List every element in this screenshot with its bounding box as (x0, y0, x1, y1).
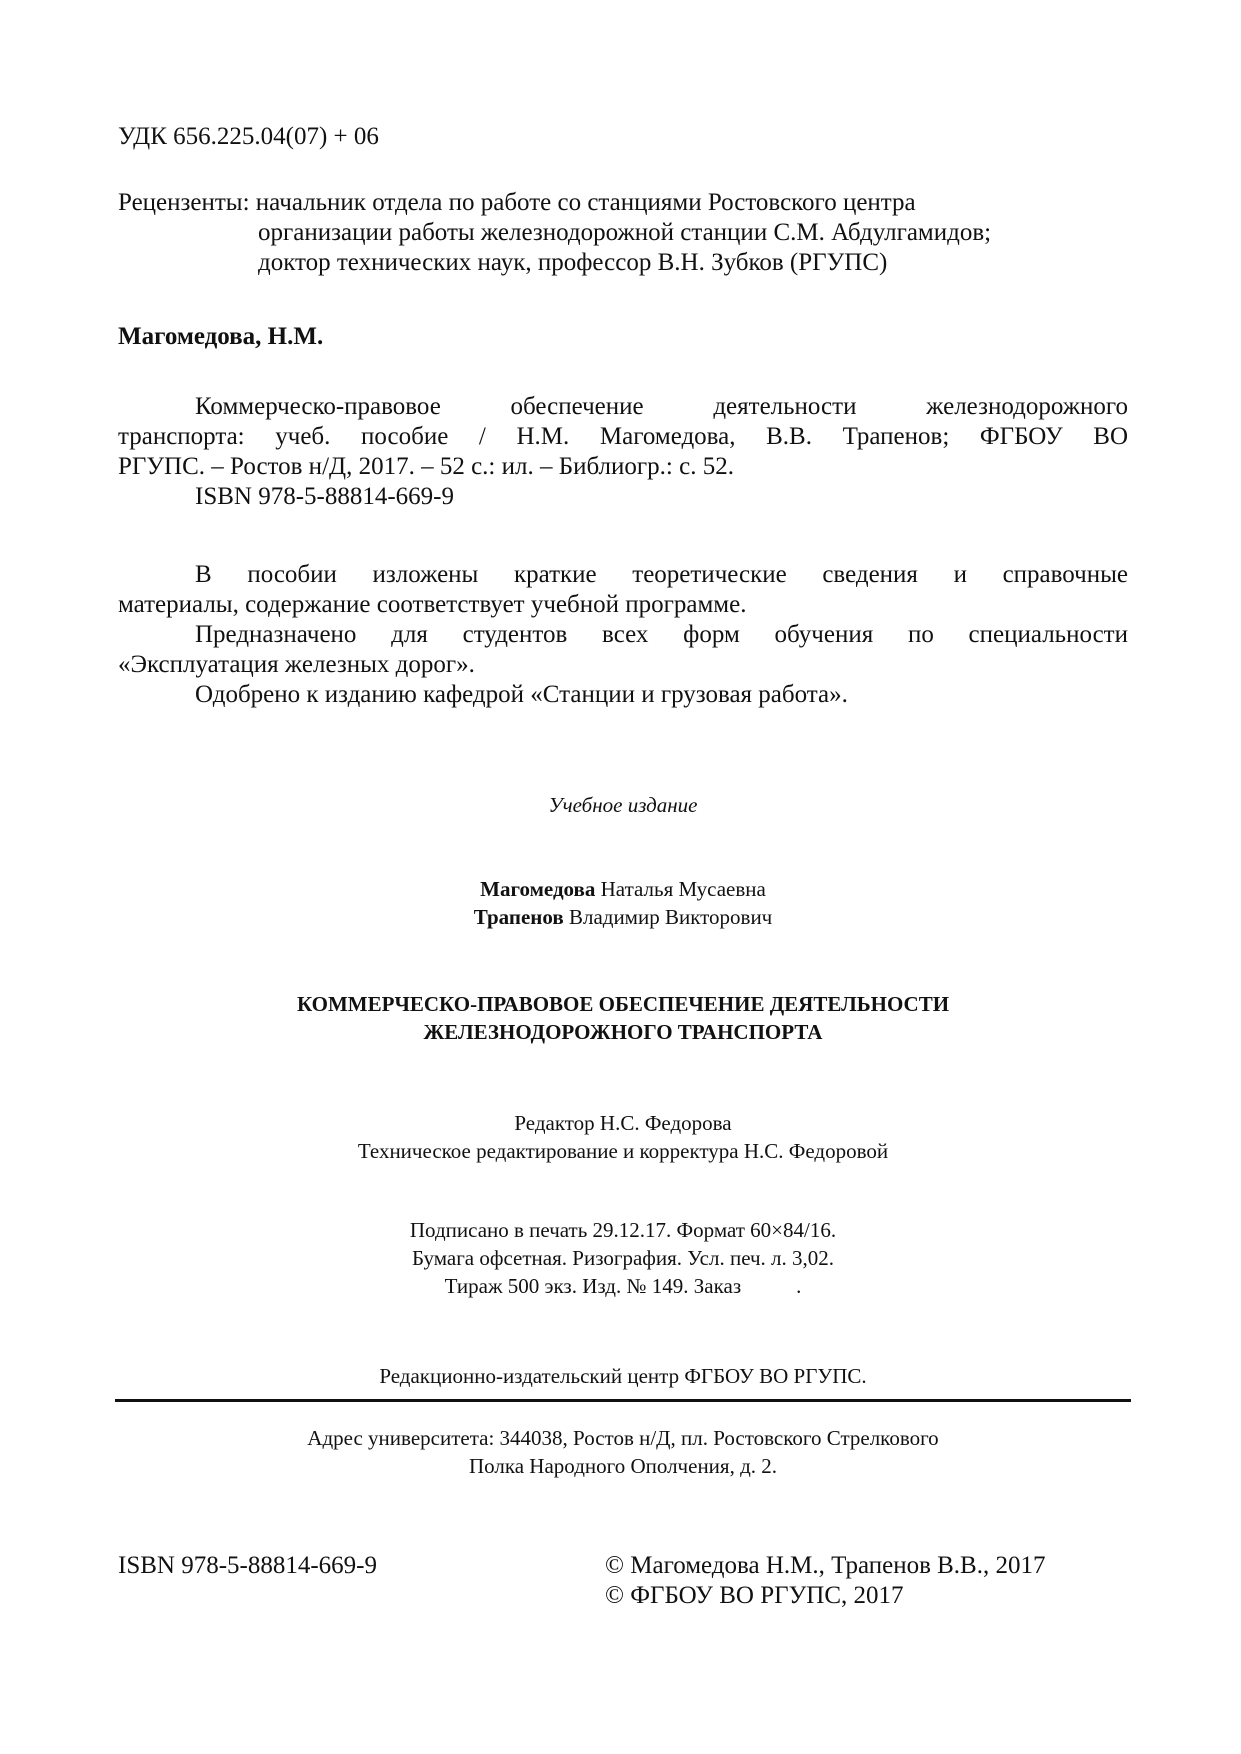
author-heading: Магомедова, Н.М. (118, 322, 1128, 352)
copyright-block: © Магомедова Н.М., Трапенов В.В., 2017 ©… (605, 1551, 1145, 1611)
author-1-name: Наталья Мусаевна (601, 877, 766, 901)
print-info-line-3: Тираж 500 экз. Изд. № 149. Заказ. (118, 1272, 1128, 1300)
annotation-p2-line-1: Предназначено для студентов всех форм об… (118, 620, 1128, 650)
copyright-university: © ФГБОУ ВО РГУПС, 2017 (605, 1581, 1145, 1611)
university-address: Адрес университета: 344038, Ростов н/Д, … (118, 1424, 1128, 1480)
annotation-p1-line-1: В пособии изложены краткие теоретические… (118, 560, 1128, 590)
author-1: Магомедова Наталья Мусаевна (118, 875, 1128, 903)
reviewers-line-2: организации работы железнодорожной станц… (118, 218, 1128, 248)
biblio-line-3: РГУПС. – Ростов н/Д, 2017. – 52 с.: ил. … (118, 452, 1128, 482)
document-page: УДК 656.225.04(07) + 06 Рецензенты: нача… (118, 0, 1128, 1754)
reviewers-line-3: доктор технических наук, профессор В.Н. … (118, 248, 1128, 278)
author-2-surname: Трапенов (474, 905, 564, 929)
author-2: Трапенов Владимир Викторович (118, 903, 1128, 931)
book-title: Коммерческо-правовое обеспечение деятель… (118, 990, 1128, 1046)
title-line-1: Коммерческо-правовое обеспечение деятель… (118, 990, 1128, 1018)
annotation: В пособии изложены краткие теоретические… (118, 560, 1128, 710)
print-info-line-1: Подписано в печать 29.12.17. Формат 60×8… (118, 1216, 1128, 1244)
author-1-surname: Магомедова (480, 877, 595, 901)
title-line-2: железнодорожного транспорта (118, 1018, 1128, 1046)
bibliographic-record: Коммерческо-правовое обеспечение деятель… (118, 392, 1128, 512)
footer-isbn: ISBN 978-5-88814-669-9 (118, 1551, 598, 1581)
annotation-p2-line-2: «Эксплуатация железных дорог». (118, 650, 1128, 680)
biblio-isbn: ISBN 978-5-88814-669-9 (118, 482, 1128, 512)
author-2-name: Владимир Викторович (569, 905, 772, 929)
address-line-1: Адрес университета: 344038, Ростов н/Д, … (118, 1424, 1128, 1452)
editor: Редактор Н.С. Федорова (118, 1109, 1128, 1137)
editors-block: Редактор Н.С. Федорова Техническое редак… (118, 1109, 1128, 1165)
biblio-line-2: транспорта: учеб. пособие / Н.М. Магомед… (118, 422, 1128, 452)
print-info-line-2: Бумага офсетная. Ризография. Усл. печ. л… (118, 1244, 1128, 1272)
technical-editor: Техническое редактирование и корректура … (118, 1137, 1128, 1165)
reviewers-text-1: начальник отдела по работе со станциями … (256, 189, 916, 216)
biblio-line-1: Коммерческо-правовое обеспечение деятель… (118, 392, 1128, 422)
copyright-authors: © Магомедова Н.М., Трапенов В.В., 2017 (605, 1551, 1145, 1581)
print-info: Подписано в печать 29.12.17. Формат 60×8… (118, 1216, 1128, 1300)
authors-full-names: Магомедова Наталья Мусаевна Трапенов Вла… (118, 875, 1128, 931)
print-info-order: Тираж 500 экз. Изд. № 149. Заказ (445, 1274, 742, 1298)
publisher: Редакционно-издательский центр ФГБОУ ВО … (118, 1362, 1128, 1390)
horizontal-rule (115, 1399, 1131, 1402)
udk-code: УДК 656.225.04(07) + 06 (118, 122, 1128, 152)
edition-type: Учебное издание (118, 790, 1128, 820)
reviewers-label: Рецензенты: (118, 189, 250, 216)
annotation-p1-line-2: материалы, содержание соответствует учеб… (118, 590, 1128, 620)
reviewers-line-1: Рецензенты: начальник отдела по работе с… (118, 188, 1128, 218)
annotation-p3: Одобрено к изданию кафедрой «Станции и г… (118, 680, 1128, 710)
address-line-2: Полка Народного Ополчения, д. 2. (118, 1452, 1128, 1480)
print-info-order-end: . (796, 1274, 801, 1298)
reviewers-block: Рецензенты: начальник отдела по работе с… (118, 188, 1128, 278)
